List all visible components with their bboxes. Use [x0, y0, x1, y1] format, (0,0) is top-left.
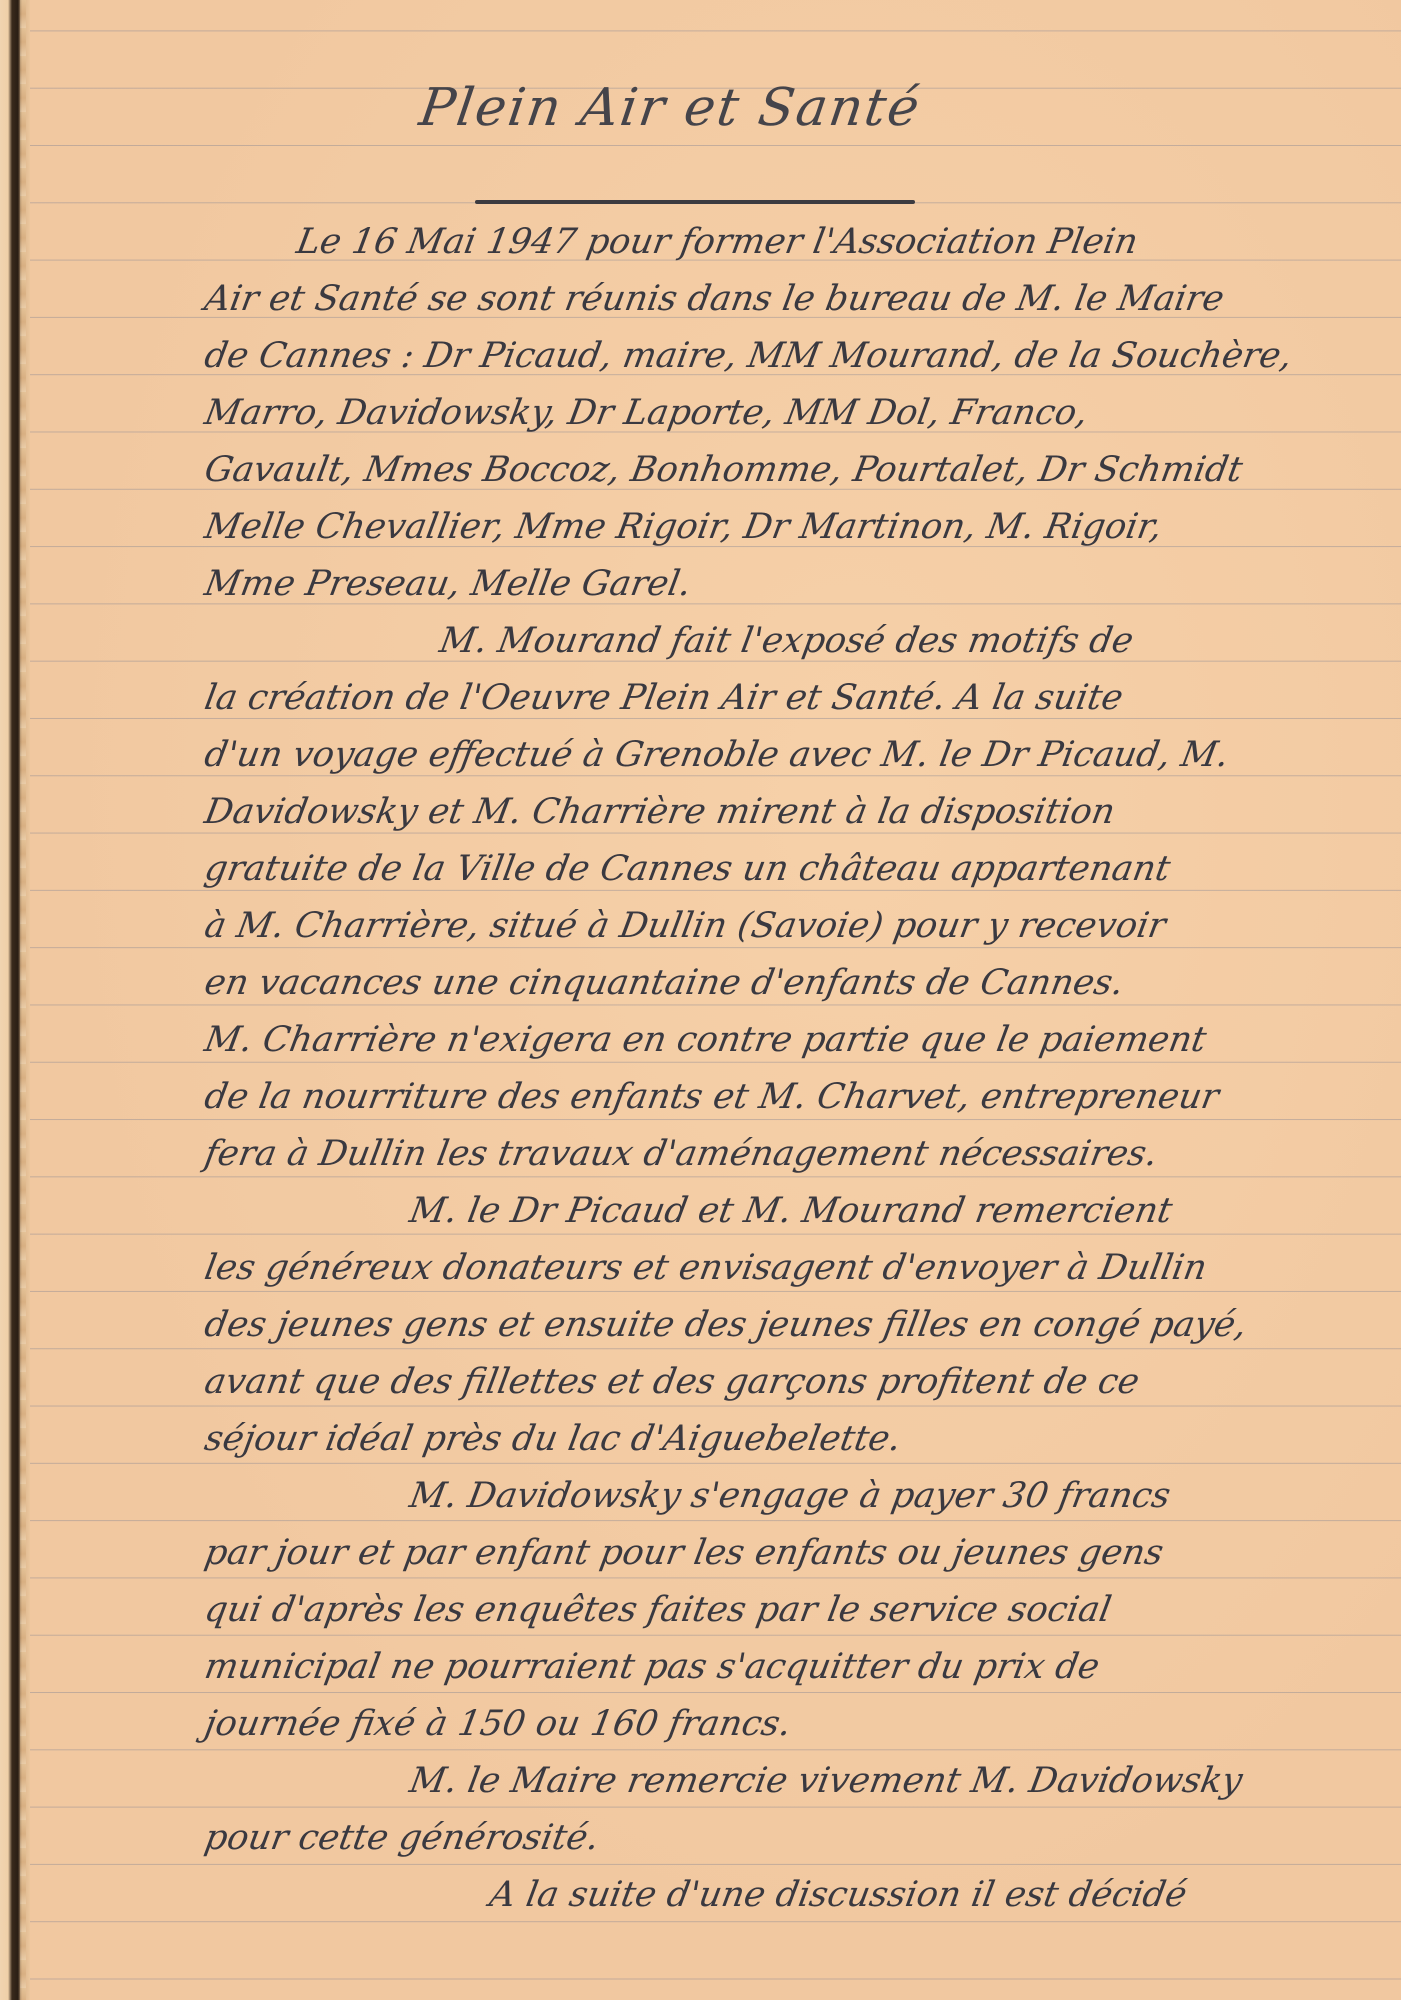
text-line: en vacances une cinquantaine d'enfants d…	[200, 955, 1128, 1012]
text-line: pour cette générosité.	[200, 1810, 603, 1867]
text-line: à M. Charrière, situé à Dullin (Savoie) …	[200, 898, 1170, 955]
notebook-page: Plein Air et Santé Le 16 Mai 1947 pour f…	[30, 0, 1401, 2000]
text-line: la création de l'Oeuvre Plein Air et San…	[200, 670, 1128, 727]
text-line: séjour idéal près du lac d'Aiguebelette.	[200, 1411, 905, 1468]
text-line: Mme Preseau, Melle Garel.	[200, 556, 696, 613]
text-line: M. Mourand fait l'exposé des motifs de	[435, 613, 1138, 670]
text-line: avant que des fillettes et des garçons p…	[200, 1354, 1144, 1411]
text-line: des jeunes gens et ensuite des jeunes fi…	[200, 1297, 1251, 1354]
text-line: Le 16 Mai 1947 pour former l'Association…	[292, 214, 1142, 271]
text-line: gratuite de la Ville de Cannes un châtea…	[200, 841, 1175, 898]
text-line: Melle Chevallier, Mme Rigoir, Dr Martino…	[200, 499, 1166, 556]
text-line: de Cannes : Dr Picaud, maire, MM Mourand…	[200, 328, 1297, 385]
text-line: les généreux donateurs et envisagent d'e…	[200, 1240, 1211, 1297]
text-line: M. Davidowsky s'engage à payer 30 francs	[405, 1468, 1175, 1525]
text-line: d'un voyage effectué à Grenoble avec M. …	[200, 727, 1233, 784]
title-underline	[475, 200, 915, 204]
text-line: Davidowsky et M. Charrière mirent à la d…	[200, 784, 1119, 841]
text-line: qui d'après les enquêtes faites par le s…	[200, 1582, 1116, 1639]
text-line: journée fixé à 150 ou 160 francs.	[200, 1696, 796, 1753]
page-edge	[20, 0, 26, 2000]
text-line: M. Charrière n'exigera en contre partie …	[200, 1012, 1211, 1069]
text-line: A la suite d'une discussion il est décid…	[485, 1867, 1191, 1924]
text-line: de la nourriture des enfants et M. Charv…	[200, 1069, 1223, 1126]
text-line: par jour et par enfant pour les enfants …	[200, 1525, 1168, 1582]
text-line: M. le Dr Picaud et M. Mourand remercient	[405, 1183, 1177, 1240]
text-line: municipal ne pourraient pas s'acquitter …	[200, 1639, 1104, 1696]
text-line: M. le Maire remercie vivement M. Davidow…	[405, 1753, 1247, 1810]
text-line: Gavault, Mmes Boccoz, Bonhomme, Pourtale…	[200, 442, 1247, 499]
text-line: Air et Santé se sont réunis dans le bure…	[200, 271, 1229, 328]
text-line: Marro, Davidowsky, Dr Laporte, MM Dol, F…	[200, 385, 1092, 442]
page-title: Plein Air et Santé	[416, 78, 925, 138]
handwritten-text: Plein Air et Santé Le 16 Mai 1947 pour f…	[30, 0, 1401, 2000]
text-line: fera à Dullin les travaux d'aménagement …	[200, 1126, 1162, 1183]
